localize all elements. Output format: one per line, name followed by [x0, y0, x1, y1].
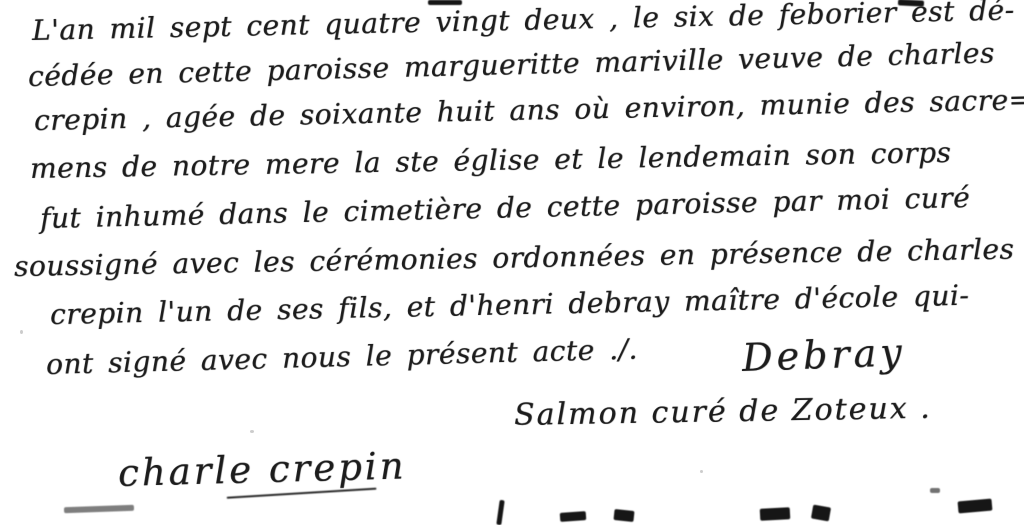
manuscript-line-6: soussigné avec les cérémonies ordonnées … [14, 233, 1015, 283]
manuscript-line-2: cédée en cette paroisse margueritte mari… [28, 36, 996, 93]
manuscript-page: L'an mil sept cent quatre vingt deux , l… [0, 0, 1024, 525]
ink-fragment [560, 511, 587, 522]
manuscript-line-8: ont signé avec nous le présent acte ./. [46, 333, 639, 381]
signature-salmon-cure-de-zoteux: Salmon curé de Zoteux . [514, 391, 932, 433]
manuscript-line-3: crepin , agée de soixante huit ans où en… [34, 83, 1024, 137]
ink-fragment [64, 505, 134, 513]
ink-fragment [760, 507, 791, 521]
ink-fragment [958, 499, 993, 514]
paper-speck [250, 430, 254, 433]
manuscript-line-4: mens de notre mere la ste église et le l… [30, 136, 952, 185]
signature-charle-crepin: charle crepin [117, 444, 406, 495]
ink-fragment [496, 500, 504, 525]
paper-speck [700, 470, 703, 473]
manuscript-line-5: fut inhumé dans le cimetière de cette pa… [40, 181, 971, 235]
ink-fragment [930, 488, 940, 493]
ink-fragment [811, 505, 831, 522]
signature-debray: Debray [741, 330, 906, 380]
manuscript-line-7: crepin l'un de ses fils, et d'henri debr… [50, 279, 970, 331]
ink-fragment [428, 0, 462, 5]
ink-fragment [613, 509, 634, 522]
paper-speck [20, 330, 23, 334]
